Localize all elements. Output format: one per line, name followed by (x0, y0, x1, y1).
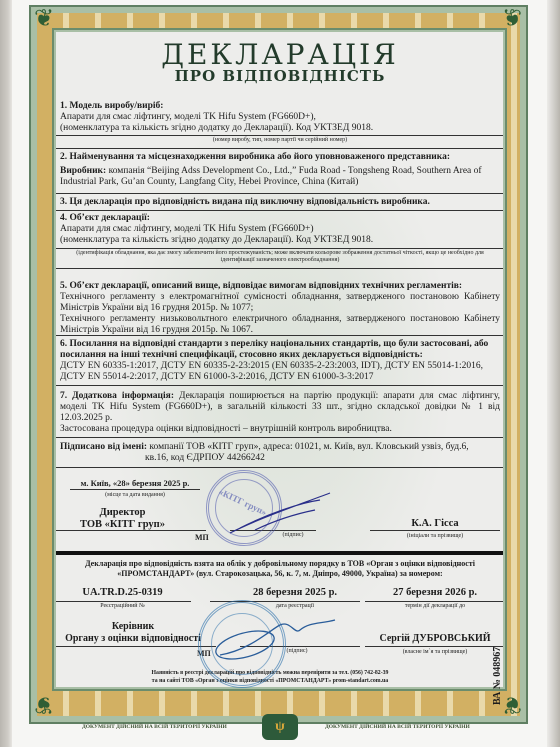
head-position-line2: Органу з оцінки відповідності (58, 633, 208, 645)
signed-text: компанії ТОВ «КІТГ груп», адреса: 01021,… (149, 442, 468, 452)
name-line (370, 530, 500, 531)
head-position-line1: Керівник (58, 621, 208, 633)
border-text-left: ДОКУМЕНТ ДІЙСНИЙ НА ВСІЙ ТЕРИТОРІЇ УКРАЇ… (82, 724, 227, 730)
section-5-text1: Технічного регламенту з електромагнітної… (60, 292, 500, 314)
registration-text: Декларація про відповідність взята на об… (60, 559, 500, 579)
valid-until: 27 березня 2026 р. (370, 587, 500, 598)
registration-date: 28 березня 2025 р. (235, 587, 355, 598)
divider (56, 646, 216, 647)
section-1-line1: Апарати для смас ліфтингу, моделі TK Hif… (60, 112, 500, 123)
ornament-corner-icon: ❦ (30, 690, 58, 718)
section-1-line2: (номенклатура та кількість згідно додатк… (60, 123, 500, 134)
section-2-manufacturer: Виробник: компанія “Beijing Adss Develop… (60, 166, 500, 188)
divider (56, 193, 503, 194)
section-6-text: ДСТУ EN 60335-1:2017, ДСТУ EN 60335-2-23… (60, 361, 500, 383)
section-7: 7. Додаткова інформація: Декларація поши… (60, 391, 500, 435)
manufacturer-text: компанія “Beijing Adss Development Co., … (60, 166, 482, 187)
section-6-heading: 6. Посилання на відповідні стандарти з п… (60, 339, 500, 361)
section-6: 6. Посилання на відповідні стандарти з п… (60, 339, 500, 383)
head-position: Керівник Органу з оцінки відповідності (58, 621, 208, 645)
divider (56, 601, 191, 602)
director-signature (220, 488, 340, 538)
section-7-procedure: Застосована процедура оцінки відповіднос… (60, 424, 500, 435)
signed-label: Підписано від імені: (60, 442, 147, 452)
section-4-line2: (номенклатура та кількість згідно додатк… (60, 235, 500, 246)
section-7-heading: 7. Додаткова інформація: (60, 391, 174, 401)
registration-number: UA.TR.D.25-0319 (60, 587, 185, 598)
trident-icon: ψ (275, 719, 285, 735)
section-2: 2. Найменування та місцезнаходження виро… (60, 152, 500, 188)
divider (56, 437, 503, 438)
divider (56, 148, 503, 149)
section-4-caption: (ідентифікація обладнання, яка дає змогу… (60, 250, 500, 264)
section-divider-thick (56, 551, 503, 555)
section-5-text2: Технічного регламенту низьковольтного ел… (60, 314, 500, 336)
divider (56, 210, 503, 211)
place-date: м. Київ, «28» березня 2025 р. (70, 478, 200, 490)
place-date-caption: (місце та дата видання) (70, 492, 200, 499)
signed-on-behalf: Підписано від імені: компанії ТОВ «КІТГ … (60, 442, 500, 464)
signed-text2: кв.16, код ЄДРПОУ 44266242 (60, 453, 500, 464)
serial-number: ВА № 048967 (492, 647, 503, 705)
ornament-corner-icon: ❦ (498, 5, 526, 33)
divider (56, 248, 503, 249)
divider (56, 335, 503, 336)
head-name-caption: (власне ім`я та прізвище) (370, 649, 500, 656)
border-text-right: ДОКУМЕНТ ДІЙСНИЙ НА ВСІЙ ТЕРИТОРІЇ УКРАЇ… (325, 724, 470, 730)
divider (56, 530, 206, 531)
section-4: 4. Об’єкт декларації: Апарати для смас л… (60, 213, 500, 246)
divider (56, 467, 503, 468)
registration-number-caption: Реєстраційний № (60, 603, 185, 610)
section-5: 5. Об’єкт декларації, описаний вище, від… (60, 281, 500, 336)
section-4-heading: 4. Об’єкт декларації: (60, 213, 500, 224)
section-5-heading: 5. Об’єкт декларації, описаний вище, від… (60, 281, 500, 292)
document-subtitle: ПРО ВІДПОВІДНІСТЬ (0, 67, 560, 85)
ornament-corner-icon: ❦ (30, 5, 58, 33)
divider (365, 601, 503, 602)
divider (56, 135, 503, 136)
registry-footer-line2: та на сайті ТОВ «Орган з оцінки відповід… (100, 677, 440, 685)
section-2-heading: 2. Найменування та місцезнаходження виро… (60, 152, 500, 163)
divider (56, 268, 503, 269)
head-name: Сергій ДУБРОВСЬКИЙ (370, 633, 500, 644)
name-line (365, 646, 503, 647)
section-1-heading: 1. Модель виробу/виріб: (60, 101, 500, 112)
section-1: 1. Модель виробу/виріб: Апарати для смас… (60, 101, 500, 134)
signer-position-line1: Директор (60, 507, 185, 519)
trident-emblem: ψ (262, 714, 298, 740)
valid-until-caption: термін дії декларації до (370, 603, 500, 610)
signer-name: К.А. Гісса (370, 518, 500, 529)
manufacturer-label: Виробник: (60, 166, 106, 176)
divider (56, 385, 503, 386)
section-4-line1: Апарати для смас ліфтингу, моделі TK Hif… (60, 224, 500, 235)
head-signature (200, 610, 340, 670)
signer-position: Директор ТОВ «КІТГ груп» (60, 507, 185, 531)
section-1-caption: (номер виробу, тип, номер партії чи сері… (60, 137, 500, 144)
signer-name-caption: (ініціали та прізвище) (370, 533, 500, 540)
section-3-heading: 3. Ця декларація про відповідність видан… (60, 197, 500, 208)
